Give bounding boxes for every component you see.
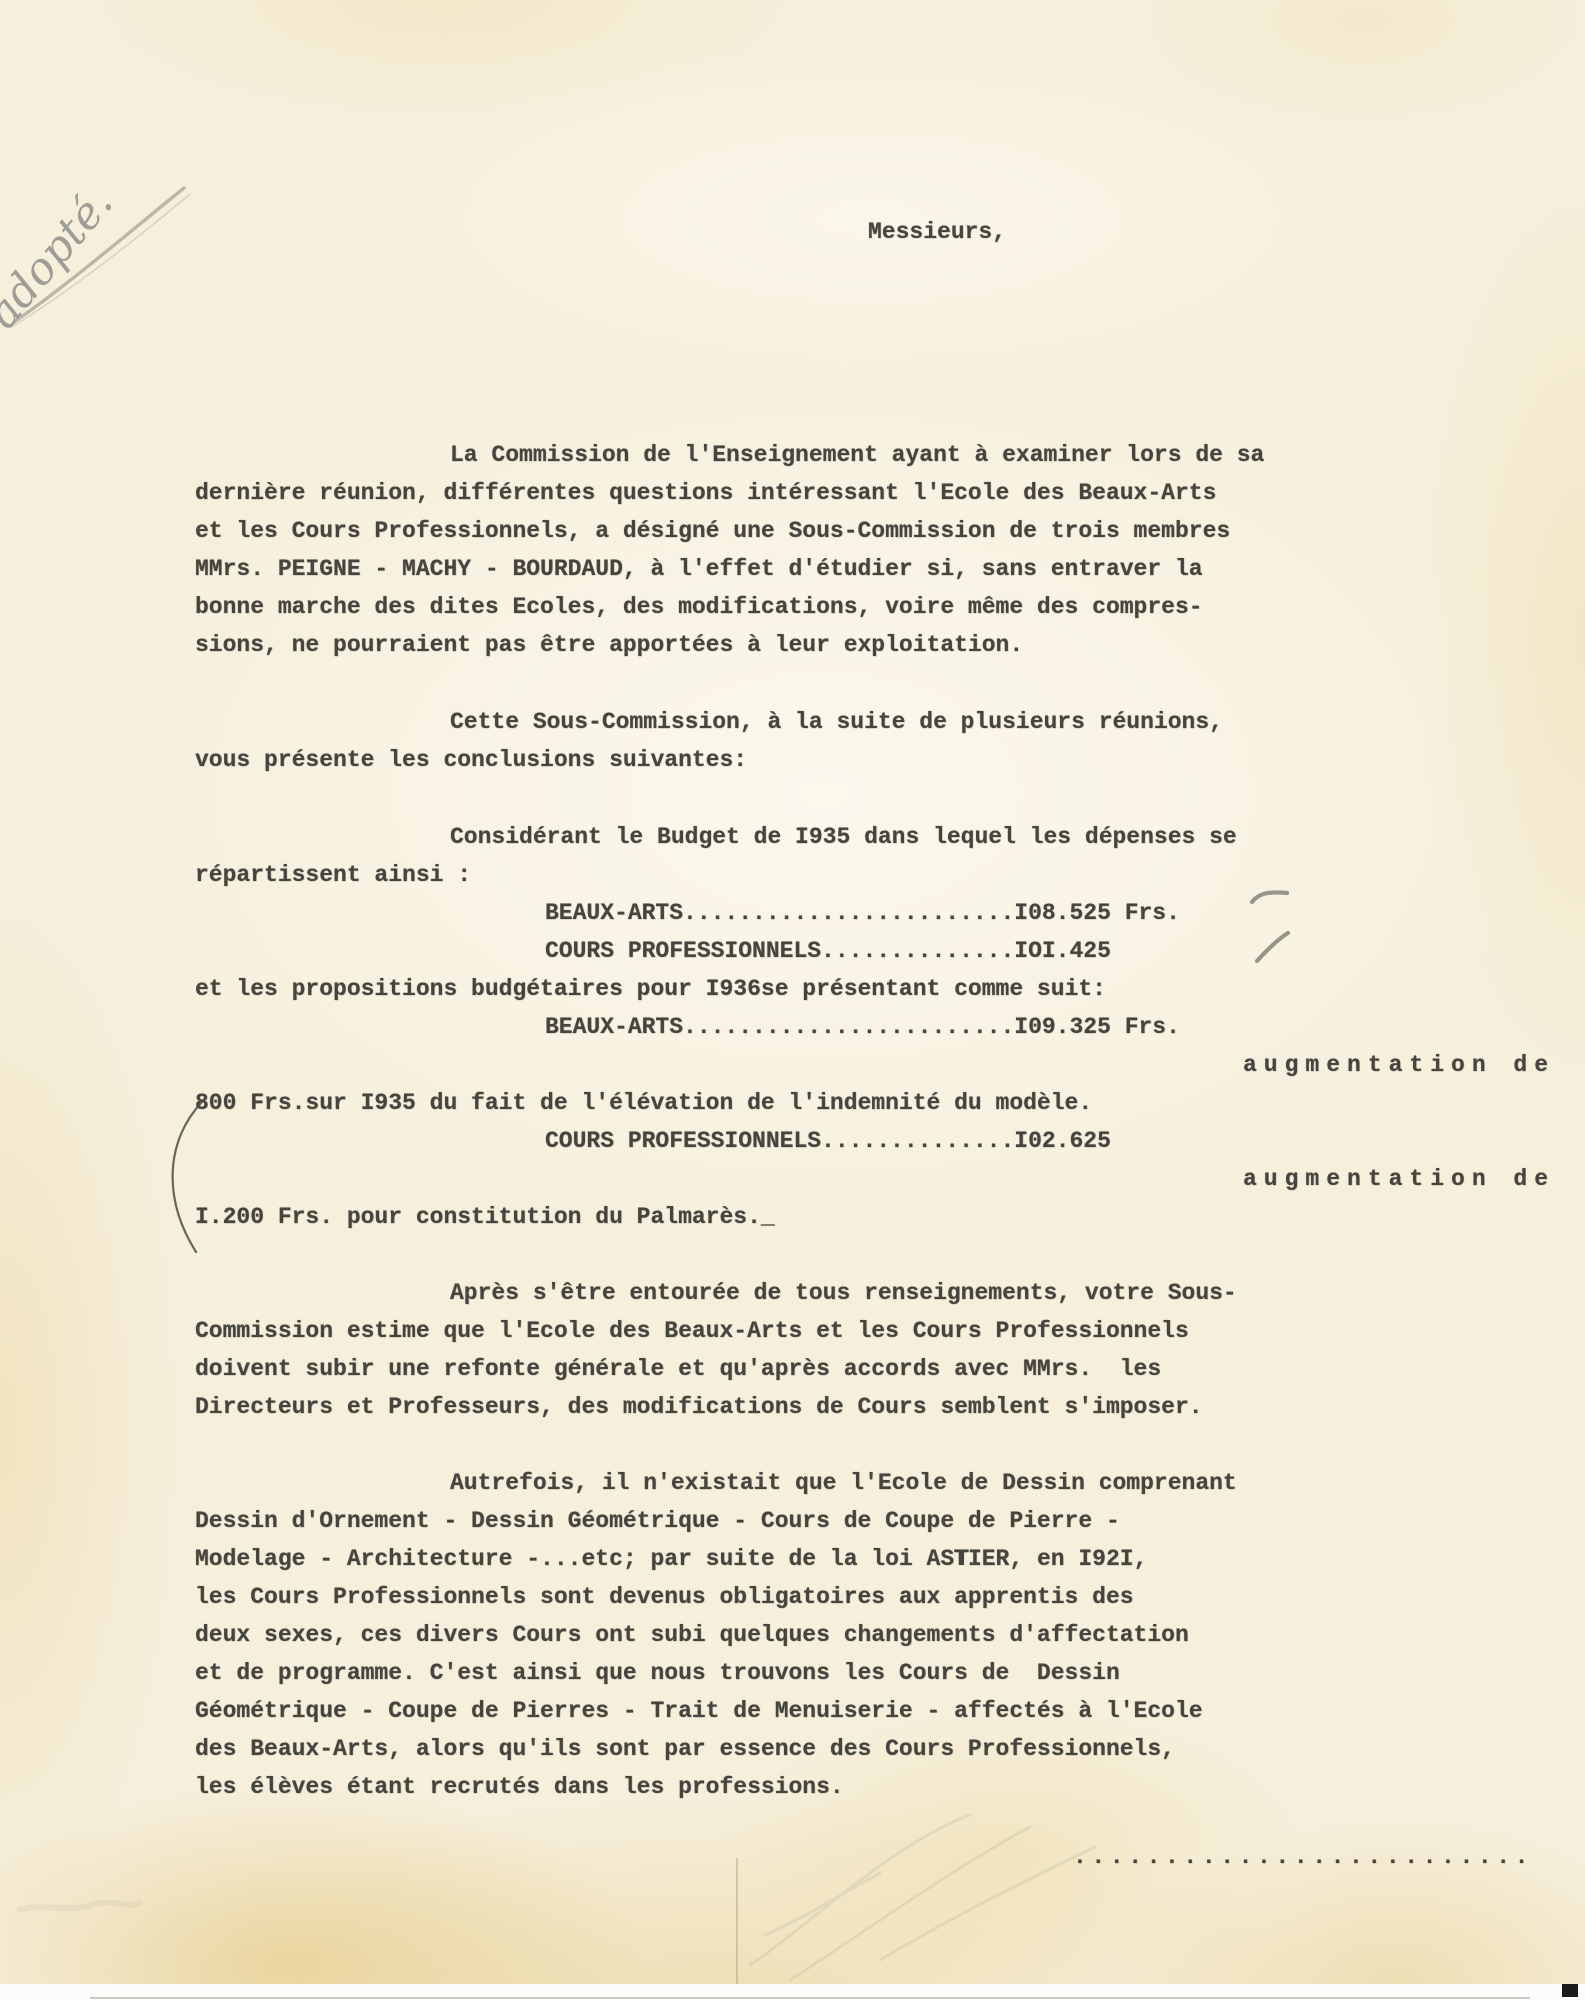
letter-line: Considérant le Budget de I935 dans leque… [195, 818, 1585, 856]
letter-line: Commission estime que l'Ecole des Beaux-… [195, 1312, 1585, 1350]
letter-line: répartissent ainsi : [195, 856, 1585, 894]
letter-line: les Cours Professionnels sont devenus ob… [195, 1578, 1585, 1616]
letter-line: augmentation de [195, 1160, 1585, 1198]
letter-line: Directeurs et Professeurs, des modificat… [195, 1388, 1585, 1426]
letter-line: 800 Frs.sur I935 du fait de l'élévation … [195, 1084, 1585, 1122]
letter-line: La Commission de l'Enseignement ayant à … [195, 436, 1585, 474]
note-underline-echo [10, 194, 190, 328]
letter-line: les élèves étant recrutés dans les profe… [195, 1768, 1585, 1806]
note-underline-stroke [14, 188, 184, 322]
scanner-corner-mark [1562, 1984, 1578, 1997]
section-budget: Considérant le Budget de I935 dans leque… [195, 818, 1585, 1236]
letter-line: BEAUX-ARTS........................I08.52… [195, 894, 1585, 932]
letter-line: Cette Sous-Commission, à la suite de plu… [195, 703, 1585, 741]
letter-line: des Beaux-Arts, alors qu'ils sont par es… [195, 1730, 1585, 1768]
letter-line: augmentation de [195, 1046, 1585, 1084]
letter-line: vous présente les conclusions suivantes: [195, 741, 1585, 779]
trailing-dots: ......................... [195, 1838, 1585, 1876]
paper-sheet: adopté. Messieurs, La Commission de l'En… [0, 0, 1585, 1984]
letter-line: Autrefois, il n'existait que l'Ecole de … [195, 1464, 1585, 1502]
paragraph-commission: La Commission de l'Enseignement ayant à … [195, 436, 1585, 664]
letter-line: et les propositions budgétaires pour I93… [195, 970, 1585, 1008]
letter-line: BEAUX-ARTS........................I09.32… [195, 1008, 1585, 1046]
letter-line: deux sexes, ces divers Cours ont subi qu… [195, 1616, 1585, 1654]
line-part: IER, en I92I, [968, 1546, 1147, 1572]
line-part: Modelage - Architecture -...etc; par sui… [195, 1546, 954, 1572]
letter-line: I.200 Frs. pour constitution du Palmarès… [195, 1198, 1585, 1236]
paper-crease-line [736, 1858, 738, 1984]
letter-line: Après s'être entourée de tous renseignem… [195, 1274, 1585, 1312]
letter-line: Dessin d'Ornement - Dessin Géométrique -… [195, 1502, 1585, 1540]
scan-edge-line [90, 1997, 1530, 1999]
letter-line: et de programme. C'est ainsi que nous tr… [195, 1654, 1585, 1692]
paragraph-apres: Après s'être entourée de tous renseignem… [195, 1274, 1585, 1426]
scan-page: { "annotations": { "handwritten_note": "… [0, 0, 1585, 2000]
letter-line: dernière réunion, différentes questions … [195, 474, 1585, 512]
letter-line: bonne marche des dites Ecoles, des modif… [195, 588, 1585, 626]
letter-line: COURS PROFESSIONNELS..............IOI.42… [195, 932, 1585, 970]
letter-line: sions, ne pourraient pas être apportées … [195, 626, 1585, 664]
letter-line: ......................... [195, 1838, 1585, 1876]
paragraph-sous-commission: Cette Sous-Commission, à la suite de plu… [195, 703, 1585, 779]
letter-line: MMrs. PEIGNE - MACHY - BOURDAUD, à l'eff… [195, 550, 1585, 588]
handwritten-note-text: adopté. [0, 178, 123, 339]
ghost-show-through [15, 1890, 145, 1926]
letter-body: La Commission de l'Enseignement ayant à … [195, 0, 1585, 1984]
letter-line: Modelage - Architecture -...etc; par sui… [195, 1540, 1585, 1578]
letter-line: COURS PROFESSIONNELS..............I02.62… [195, 1122, 1585, 1160]
letter-line: doivent subir une refonte générale et qu… [195, 1350, 1585, 1388]
letter-line: et les Cours Professionnels, a désigné u… [195, 512, 1585, 550]
overstruck-character: T [954, 1546, 968, 1572]
letter-line: Géométrique - Coupe de Pierres - Trait d… [195, 1692, 1585, 1730]
paragraph-autrefois: Autrefois, il n'existait que l'Ecole de … [195, 1464, 1585, 1806]
